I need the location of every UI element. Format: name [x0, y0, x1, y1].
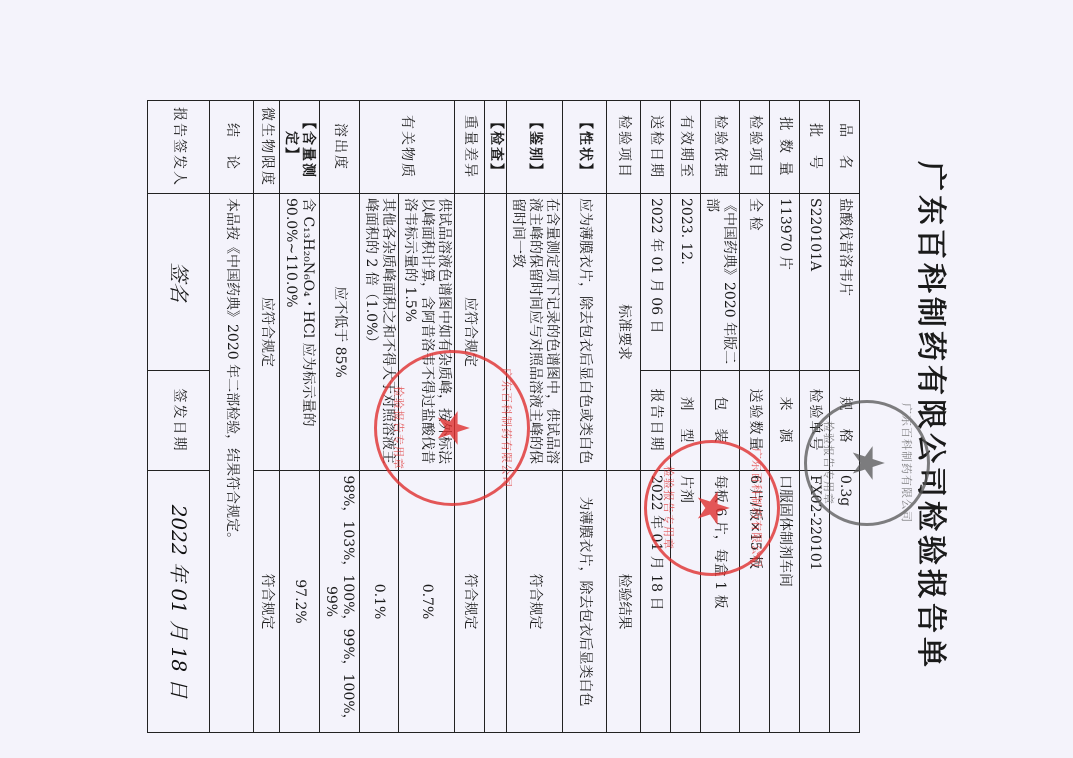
info-row: 送检日期2022 年 01 月 06 日报告日期2022 年 01 月 18 日 [641, 101, 671, 733]
info-label: 来 源 [770, 371, 800, 471]
test-row: 【鉴别】在含量测定项下记录的色谱图中，供试品溶液主峰的保留时间应与对照品溶液主峰… [507, 101, 563, 733]
test-result: 符合规定 [254, 471, 280, 733]
test-standard: 供试品溶液色谱图中如有杂质峰，按外标法以峰面积计算，含阿昔洛韦不得过盐酸伐昔洛韦… [399, 194, 455, 471]
test-row: 【性状】应为薄膜衣片，除去包衣后显白色或类白色为薄膜衣片，除去包衣后显类白色 [563, 101, 607, 733]
info-value: 《中国药典》2020 年版二部 [701, 194, 740, 371]
tests-header-row: 检验项目标准要求检验结果 [607, 101, 641, 733]
inspection-report: 广东百科制药有限公司检验报告单 品 名盐酸伐昔洛韦片规 格0.3g批 号S220… [180, 100, 960, 732]
test-standard: 应不低于 85% [320, 194, 360, 471]
info-value: 6 片/板×15 板 [740, 471, 770, 733]
info-label: 有效期至 [671, 101, 701, 194]
info-label: 检验依据 [701, 101, 740, 194]
conclusion-label: 结 论 [210, 101, 254, 194]
test-result: 为薄膜衣片，除去包衣后显类白色 [563, 471, 607, 733]
info-row: 检验依据《中国药典》2020 年版二部包 装每板 6 片，每盒 1 板 [701, 101, 740, 733]
info-value: 片剂 [671, 471, 701, 733]
info-label: 检验项目 [740, 101, 770, 194]
signature-row: 报告签发人 签名 签发日期 2022 年 01 月 18 日 [148, 101, 210, 733]
report-table: 品 名盐酸伐昔洛韦片规 格0.3g批 号S220101A检验单号FX02-220… [147, 100, 860, 733]
test-row: 溶出度应不低于 85%98%，103%，100%，99%，100%，99% [320, 101, 360, 733]
test-row: 【检查】 [485, 101, 507, 733]
test-item-name: 重量差异 [455, 101, 485, 194]
issue-date-label: 签发日期 [148, 371, 210, 471]
test-item-name: 有关物质 [360, 101, 455, 194]
signer-signature: 签名 [148, 194, 210, 371]
test-standard [485, 194, 507, 471]
test-result: 符合规定 [507, 471, 563, 733]
conclusion-text: 本品按《中国药典》2020 年二部检验，结果符合规定。 [210, 194, 254, 733]
info-value: 0.3g [830, 471, 860, 733]
info-value: 2023. 12. [671, 194, 701, 371]
signer-label: 报告签发人 [148, 101, 210, 194]
info-label: 剂 型 [671, 371, 701, 471]
info-label: 规 格 [830, 371, 860, 471]
test-result: 符合规定 [455, 471, 485, 733]
info-row: 品 名盐酸伐昔洛韦片规 格0.3g [830, 101, 860, 733]
info-label: 送检日期 [641, 101, 671, 194]
test-standard: 应符合规定 [254, 194, 280, 471]
test-item-name: 溶出度 [320, 101, 360, 194]
test-standard: 应符合规定 [455, 194, 485, 471]
test-section-name: 【检查】 [485, 101, 507, 194]
test-result: 0.1% [360, 471, 399, 733]
info-value: 盐酸伐昔洛韦片 [830, 194, 860, 371]
test-row: 其他各杂质峰面积之和不得大于对照溶液主峰面积的 2 倍（1.0%）0.1% [360, 101, 399, 733]
info-value: FX02-220101 [800, 471, 830, 733]
test-section-name: 【性状】 [563, 101, 607, 194]
col-result-header: 检验结果 [607, 471, 641, 733]
info-row: 有效期至2023. 12.剂 型片剂 [671, 101, 701, 733]
info-label: 批 数 量 [770, 101, 800, 194]
info-row: 批 号S220101A检验单号FX02-220101 [800, 101, 830, 733]
info-value: 全 检 [740, 194, 770, 371]
test-result: 97.2% [280, 471, 320, 733]
info-row: 批 数 量113970 片来 源口服固体制剂车间 [770, 101, 800, 733]
report-title: 广东百科制药有限公司检验报告单 [900, 100, 960, 732]
test-standard: 在含量测定项下记录的色谱图中，供试品溶液主峰的保留时间应与对照品溶液主峰的保留时… [507, 194, 563, 471]
info-label: 包 装 [701, 371, 740, 471]
conclusion-row: 结 论 本品按《中国药典》2020 年二部检验，结果符合规定。 [210, 101, 254, 733]
test-standard: 应为薄膜衣片，除去包衣后显白色或类白色 [563, 194, 607, 471]
col-standard-header: 标准要求 [607, 194, 641, 471]
info-label: 品 名 [830, 101, 860, 194]
test-row: 【含量测定】含 C₁₃H₂₀N₆O₄・HCl 应为标示量的 90.0%~110.… [280, 101, 320, 733]
test-item-name: 微生物限度 [254, 101, 280, 194]
info-value: 口服固体制剂车间 [770, 471, 800, 733]
test-row: 有关物质供试品溶液色谱图中如有杂质峰，按外标法以峰面积计算，含阿昔洛韦不得过盐酸… [399, 101, 455, 733]
test-result [485, 471, 507, 733]
info-label: 送验数量 [740, 371, 770, 471]
test-result: 0.7% [399, 471, 455, 733]
info-value: 2022 年 01 月 18 日 [641, 471, 671, 733]
info-value: 每板 6 片，每盒 1 板 [701, 471, 740, 733]
test-result: 98%，103%，100%，99%，100%，99% [320, 471, 360, 733]
test-section-name: 【含量测定】 [280, 101, 320, 194]
info-value: 2022 年 01 月 06 日 [641, 194, 671, 371]
info-row: 检验项目全 检送验数量6 片/板×15 板 [740, 101, 770, 733]
issue-date-value: 2022 年 01 月 18 日 [148, 471, 210, 733]
test-standard: 其他各杂质峰面积之和不得大于对照溶液主峰面积的 2 倍（1.0%） [360, 194, 399, 471]
info-value: S220101A [800, 194, 830, 371]
test-section-name: 【鉴别】 [507, 101, 563, 194]
info-label: 报告日期 [641, 371, 671, 471]
info-label: 检验单号 [800, 371, 830, 471]
test-row: 重量差异应符合规定符合规定 [455, 101, 485, 733]
test-standard: 含 C₁₃H₂₀N₆O₄・HCl 应为标示量的 90.0%~110.0% [280, 194, 320, 471]
info-label: 批 号 [800, 101, 830, 194]
test-row: 微生物限度应符合规定符合规定 [254, 101, 280, 733]
col-item-header: 检验项目 [607, 101, 641, 194]
info-value: 113970 片 [770, 194, 800, 371]
